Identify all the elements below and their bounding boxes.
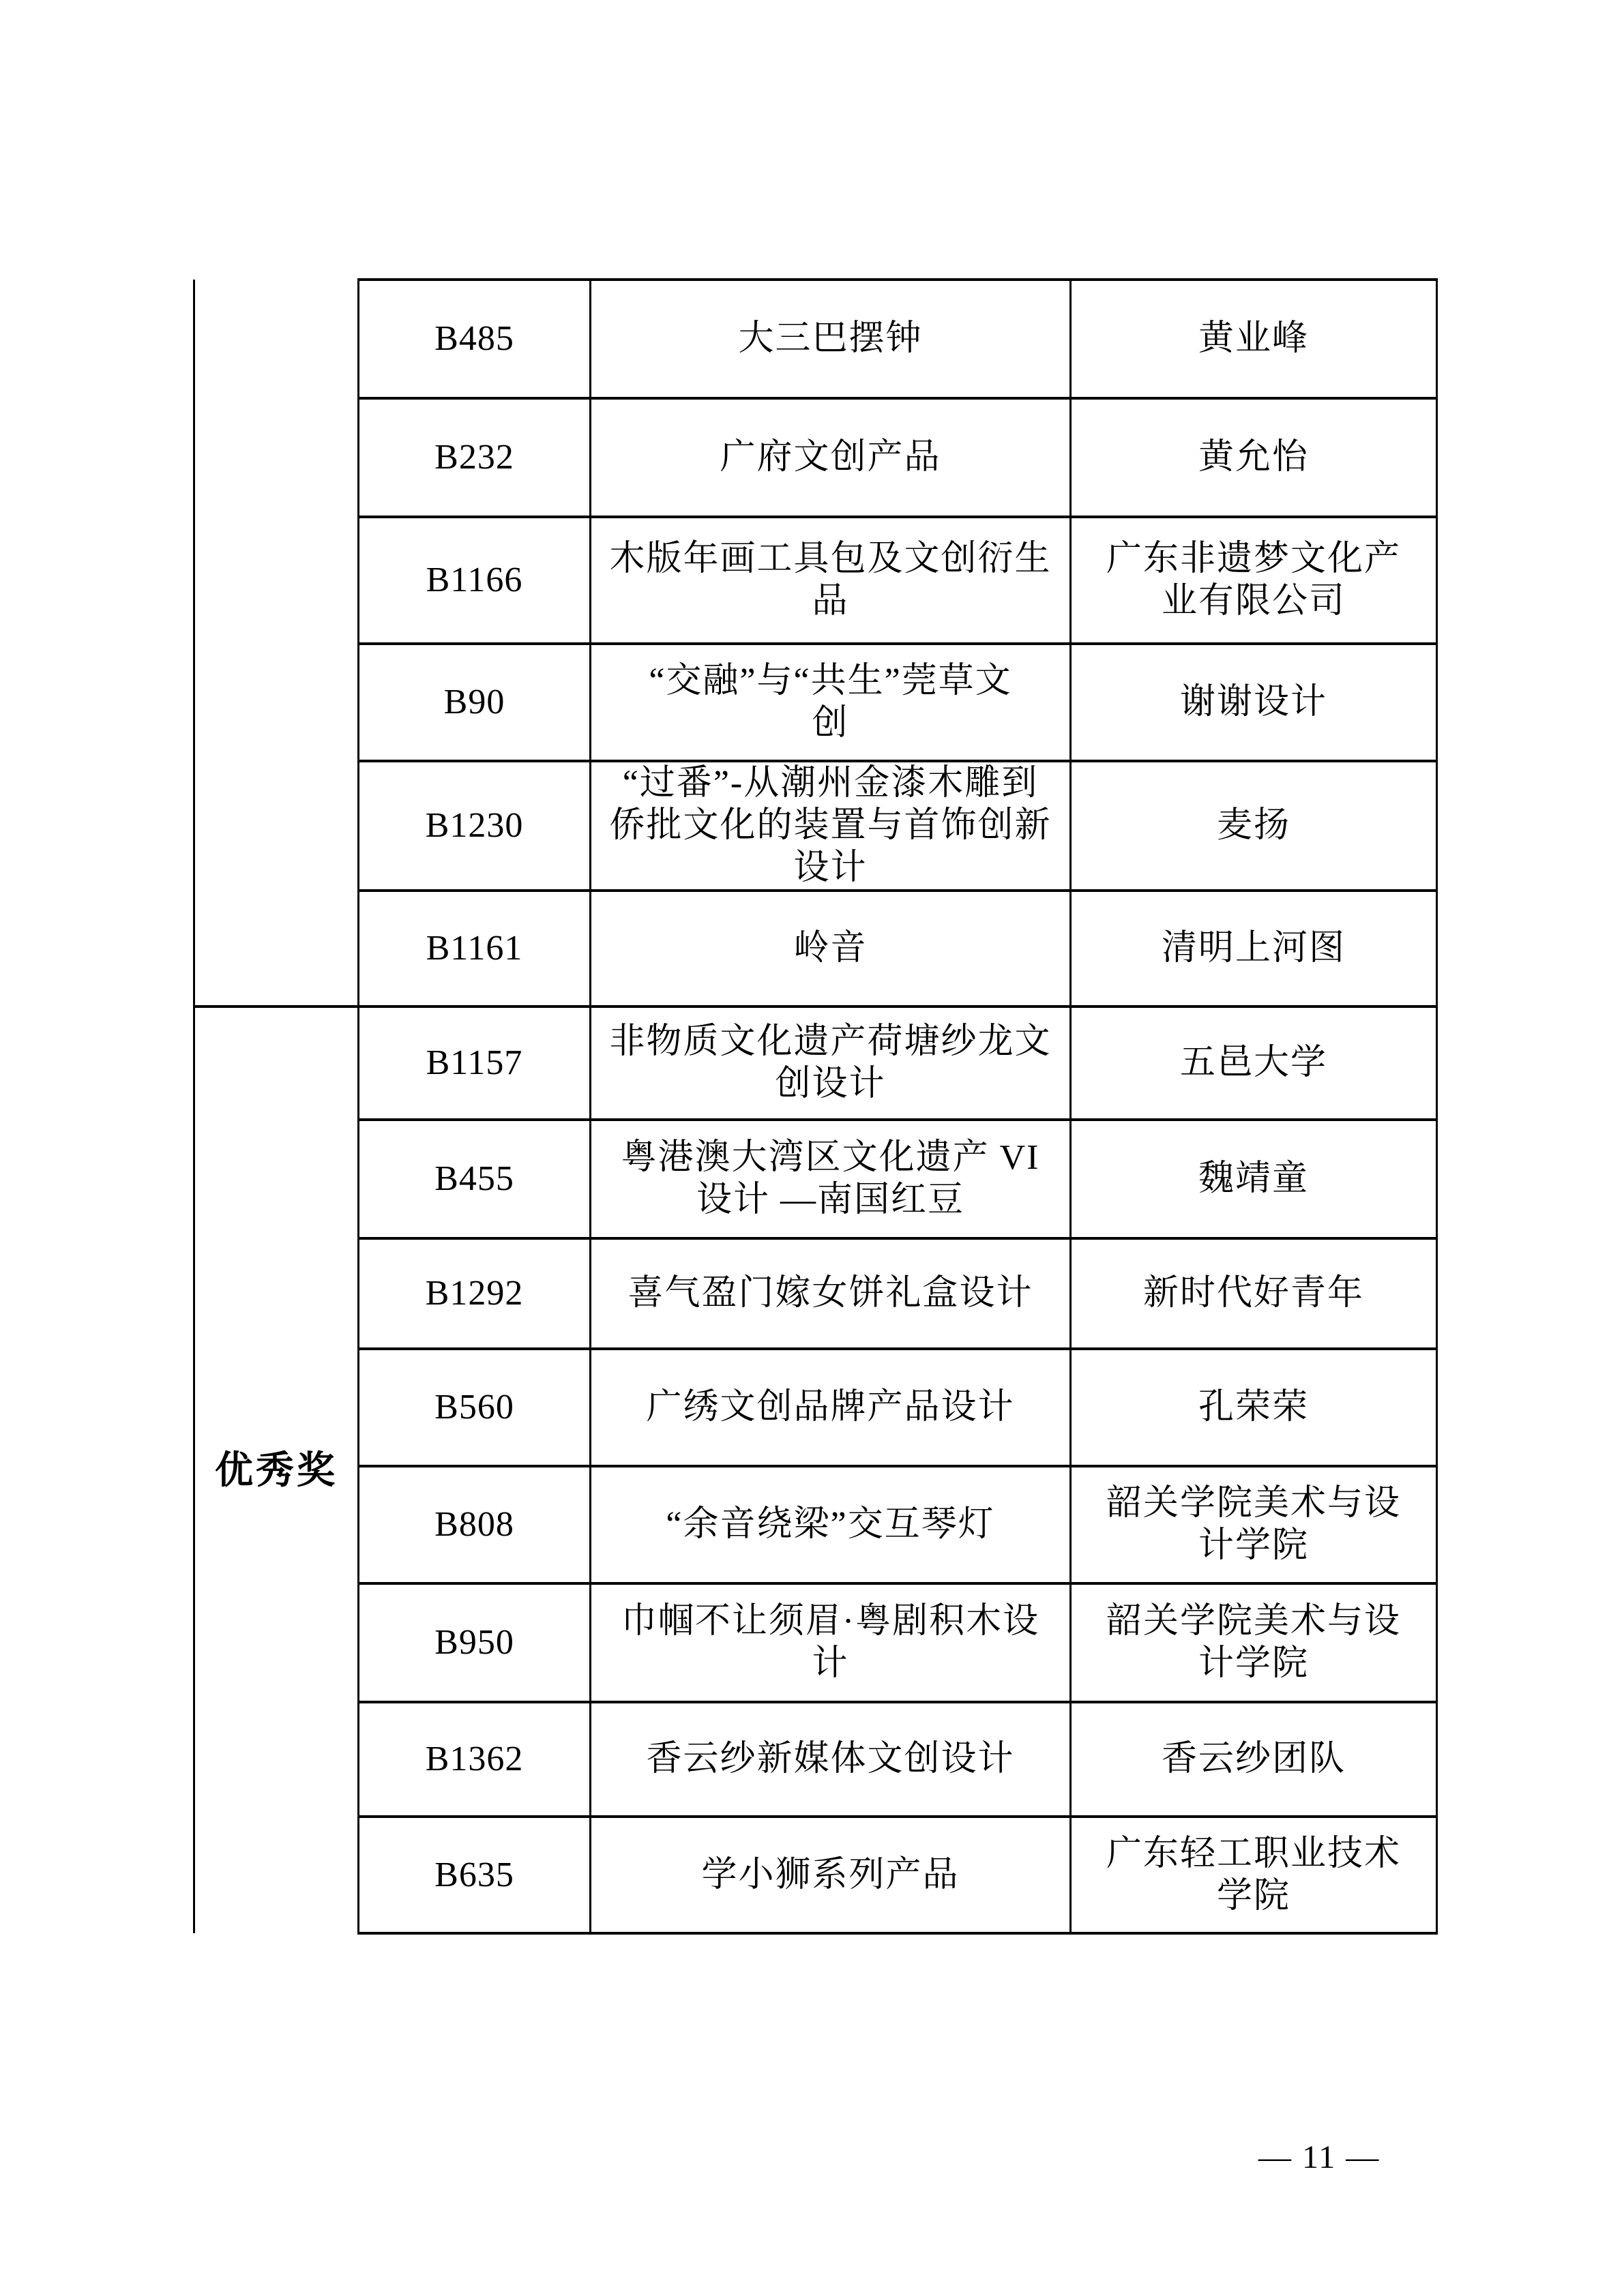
table-row: B560广绣文创品牌产品设计孔荣荣 (194, 1349, 1437, 1466)
text-line: 孔荣荣 (1072, 1386, 1436, 1429)
table-row: B90“交融”与“共生”莞草文创谢谢设计 (194, 644, 1437, 761)
entry-code: B1157 (359, 1042, 589, 1084)
entry-code: B1230 (359, 805, 589, 847)
text-line: B1362 (359, 1738, 589, 1780)
text-line: 韶关学院美术与设 (1072, 1600, 1436, 1643)
work-title: 大三巴摆钟 (591, 318, 1069, 360)
entry-code-cell: B485 (359, 280, 591, 398)
table-row: B485大三巴摆钟黄业峰 (194, 280, 1437, 398)
text-line: 巾帼不让须眉·粤剧积木设 (591, 1600, 1069, 1643)
entry-code-cell: B1362 (359, 1702, 591, 1817)
work-title-cell: “余音绕梁”交互琴灯 (591, 1466, 1071, 1583)
work-title-cell: 广绣文创品牌产品设计 (591, 1349, 1071, 1466)
text-line: B90 (359, 681, 589, 724)
text-line: 韶关学院美术与设 (1072, 1482, 1436, 1525)
author-name: 麦扬 (1072, 805, 1436, 847)
text-line: B560 (359, 1386, 589, 1429)
text-line: 广东非遗梦文化产 (1072, 538, 1436, 580)
entry-code-cell: B1157 (359, 1007, 591, 1120)
entry-code: B560 (359, 1386, 589, 1429)
text-line: 侨批文化的装置与首饰创新 (591, 805, 1069, 847)
award-category-cell: 优秀奖 (194, 1007, 359, 1933)
entry-code-cell: B950 (359, 1583, 591, 1702)
text-line: 创 (591, 702, 1069, 745)
author-cell: 广东轻工职业技术学院 (1071, 1817, 1437, 1933)
text-line: 木版年画工具包及文创衍生 (591, 538, 1069, 580)
author-cell: 清明上河图 (1071, 891, 1437, 1007)
text-line: B950 (359, 1622, 589, 1664)
text-line: “余音绕梁”交互琴灯 (591, 1504, 1069, 1546)
author-cell: 韶关学院美术与设计学院 (1071, 1466, 1437, 1583)
author-name: 五邑大学 (1072, 1042, 1436, 1084)
text-line: 广绣文创品牌产品设计 (591, 1386, 1069, 1429)
text-line: B1230 (359, 805, 589, 847)
entry-code: B635 (359, 1854, 589, 1896)
author-name: 谢谢设计 (1072, 681, 1436, 724)
work-title-cell: 岭音 (591, 891, 1071, 1007)
author-cell: 五邑大学 (1071, 1007, 1437, 1120)
work-title-cell: 喜气盈门嫁女饼礼盒设计 (591, 1238, 1071, 1349)
entry-code: B1161 (359, 927, 589, 970)
work-title: “交融”与“共生”莞草文创 (591, 660, 1069, 745)
text-line: B232 (359, 436, 589, 479)
entry-code: B950 (359, 1622, 589, 1664)
text-line: 学院 (1072, 1875, 1436, 1918)
table-row: 优秀奖B1157非物质文化遗产荷塘纱龙文创设计五邑大学 (194, 1007, 1437, 1120)
entry-code: B232 (359, 436, 589, 479)
author-name: 香云纱团队 (1072, 1738, 1436, 1780)
entry-code-cell: B635 (359, 1817, 591, 1933)
text-line: 岭音 (591, 927, 1069, 970)
work-title: 木版年画工具包及文创衍生品 (591, 538, 1069, 623)
entry-code-cell: B1230 (359, 761, 591, 891)
author-name: 孔荣荣 (1072, 1386, 1436, 1429)
entry-code-cell: B560 (359, 1349, 591, 1466)
award-category-label: 优秀奖 (195, 1447, 357, 1495)
text-line: 创设计 (591, 1063, 1069, 1105)
work-title: 喜气盈门嫁女饼礼盒设计 (591, 1272, 1069, 1315)
author-cell: 孔荣荣 (1071, 1349, 1437, 1466)
work-title: 岭音 (591, 927, 1069, 970)
text-line: 广府文创产品 (591, 436, 1069, 479)
author-name: 黄业峰 (1072, 318, 1436, 360)
work-title-cell: 香云纱新媒体文创设计 (591, 1702, 1071, 1817)
text-line: 五邑大学 (1072, 1042, 1436, 1084)
text-line: 清明上河图 (1072, 927, 1436, 970)
entry-code: B1166 (359, 559, 589, 601)
work-title: “过番”-从潮州金漆木雕到侨批文化的装置与首饰创新设计 (591, 762, 1069, 889)
text-line: 设计 —南国红豆 (591, 1179, 1069, 1221)
table-row: B1362香云纱新媒体文创设计香云纱团队 (194, 1702, 1437, 1817)
table-row: B232广府文创产品黄允怡 (194, 398, 1437, 517)
work-title-cell: “交融”与“共生”莞草文创 (591, 644, 1071, 761)
text-line: 香云纱新媒体文创设计 (591, 1738, 1069, 1780)
text-line: B635 (359, 1854, 589, 1896)
table-row: B1292喜气盈门嫁女饼礼盒设计新时代好青年 (194, 1238, 1437, 1349)
table-row: B455粤港澳大湾区文化遗产 VI设计 —南国红豆魏靖童 (194, 1120, 1437, 1238)
text-line: 魏靖童 (1072, 1158, 1436, 1200)
work-title: 巾帼不让须眉·粤剧积木设计 (591, 1600, 1069, 1685)
entry-code: B485 (359, 318, 589, 360)
awards-table: B485大三巴摆钟黄业峰B232广府文创产品黄允怡B1166木版年画工具包及文创… (193, 278, 1438, 1935)
table-row: B1161岭音清明上河图 (194, 891, 1437, 1007)
document-page: B485大三巴摆钟黄业峰B232广府文创产品黄允怡B1166木版年画工具包及文创… (0, 0, 1624, 2296)
work-title: 学小狮系列产品 (591, 1854, 1069, 1896)
entry-code: B1292 (359, 1272, 589, 1315)
entry-code: B455 (359, 1158, 589, 1200)
table-row: B950巾帼不让须眉·粤剧积木设计韶关学院美术与设计学院 (194, 1583, 1437, 1702)
work-title: 广绣文创品牌产品设计 (591, 1386, 1069, 1429)
text-line: 黄业峰 (1072, 318, 1436, 360)
entry-code-cell: B455 (359, 1120, 591, 1238)
text-line: 麦扬 (1072, 805, 1436, 847)
entry-code-cell: B232 (359, 398, 591, 517)
work-title: 粤港澳大湾区文化遗产 VI设计 —南国红豆 (591, 1137, 1069, 1221)
entry-code-cell: B90 (359, 644, 591, 761)
author-cell: 黄允怡 (1071, 398, 1437, 517)
text-line: 业有限公司 (1072, 580, 1436, 623)
text-line: 喜气盈门嫁女饼礼盒设计 (591, 1272, 1069, 1315)
author-cell: 新时代好青年 (1071, 1238, 1437, 1349)
entry-code: B1362 (359, 1738, 589, 1780)
text-line: “交融”与“共生”莞草文 (591, 660, 1069, 702)
work-title: 香云纱新媒体文创设计 (591, 1738, 1069, 1780)
text-line: B808 (359, 1504, 589, 1546)
author-cell: 香云纱团队 (1071, 1702, 1437, 1817)
award-category-cell (194, 280, 359, 1007)
text-line: B1157 (359, 1042, 589, 1084)
work-title-cell: 大三巴摆钟 (591, 280, 1071, 398)
table-row: B1166木版年画工具包及文创衍生品广东非遗梦文化产业有限公司 (194, 517, 1437, 644)
text-line: 黄允怡 (1072, 436, 1436, 479)
text-line: 非物质文化遗产荷塘纱龙文 (591, 1021, 1069, 1063)
text-line: 计学院 (1072, 1525, 1436, 1567)
entry-code: B90 (359, 681, 589, 724)
text-line: B485 (359, 318, 589, 360)
text-line: 新时代好青年 (1072, 1272, 1436, 1315)
author-cell: 广东非遗梦文化产业有限公司 (1071, 517, 1437, 644)
work-title-cell: “过番”-从潮州金漆木雕到侨批文化的装置与首饰创新设计 (591, 761, 1071, 891)
text-line: B1166 (359, 559, 589, 601)
text-line: 广东轻工职业技术 (1072, 1833, 1436, 1875)
work-title-cell: 巾帼不让须眉·粤剧积木设计 (591, 1583, 1071, 1702)
author-name: 魏靖童 (1072, 1158, 1436, 1200)
text-line: B455 (359, 1158, 589, 1200)
author-name: 黄允怡 (1072, 436, 1436, 479)
text-line: 设计 (591, 847, 1069, 889)
author-name: 广东轻工职业技术学院 (1072, 1833, 1436, 1918)
table-row: B808“余音绕梁”交互琴灯韶关学院美术与设计学院 (194, 1466, 1437, 1583)
work-title-cell: 非物质文化遗产荷塘纱龙文创设计 (591, 1007, 1071, 1120)
text-line: 谢谢设计 (1072, 681, 1436, 724)
text-line: 学小狮系列产品 (591, 1854, 1069, 1896)
author-name: 清明上河图 (1072, 927, 1436, 970)
author-cell: 麦扬 (1071, 761, 1437, 891)
work-title-cell: 学小狮系列产品 (591, 1817, 1071, 1933)
entry-code: B808 (359, 1504, 589, 1546)
work-title-cell: 粤港澳大湾区文化遗产 VI设计 —南国红豆 (591, 1120, 1071, 1238)
awards-table-body: B485大三巴摆钟黄业峰B232广府文创产品黄允怡B1166木版年画工具包及文创… (194, 280, 1437, 1933)
table-row: B1230“过番”-从潮州金漆木雕到侨批文化的装置与首饰创新设计麦扬 (194, 761, 1437, 891)
work-title: “余音绕梁”交互琴灯 (591, 1504, 1069, 1546)
text-line: 品 (591, 580, 1069, 623)
text-line: 计 (591, 1643, 1069, 1685)
work-title: 非物质文化遗产荷塘纱龙文创设计 (591, 1021, 1069, 1105)
author-name: 广东非遗梦文化产业有限公司 (1072, 538, 1436, 623)
author-cell: 黄业峰 (1071, 280, 1437, 398)
author-name: 新时代好青年 (1072, 1272, 1436, 1315)
entry-code-cell: B1161 (359, 891, 591, 1007)
text-line: 粤港澳大湾区文化遗产 VI (591, 1137, 1069, 1179)
author-name: 韶关学院美术与设计学院 (1072, 1600, 1436, 1685)
author-cell: 谢谢设计 (1071, 644, 1437, 761)
entry-code-cell: B808 (359, 1466, 591, 1583)
author-name: 韶关学院美术与设计学院 (1072, 1482, 1436, 1567)
author-cell: 魏靖童 (1071, 1120, 1437, 1238)
text-line: B1292 (359, 1272, 589, 1315)
entry-code-cell: B1166 (359, 517, 591, 644)
text-line: B1161 (359, 927, 589, 970)
table-row: B635学小狮系列产品广东轻工职业技术学院 (194, 1817, 1437, 1933)
page-number: — 11 — (1258, 2138, 1380, 2176)
work-title-cell: 广府文创产品 (591, 398, 1071, 517)
author-cell: 韶关学院美术与设计学院 (1071, 1583, 1437, 1702)
work-title: 广府文创产品 (591, 436, 1069, 479)
text-line: 大三巴摆钟 (591, 318, 1069, 360)
text-line: 计学院 (1072, 1643, 1436, 1685)
entry-code-cell: B1292 (359, 1238, 591, 1349)
text-line: “过番”-从潮州金漆木雕到 (591, 762, 1069, 805)
work-title-cell: 木版年画工具包及文创衍生品 (591, 517, 1071, 644)
text-line: 香云纱团队 (1072, 1738, 1436, 1780)
